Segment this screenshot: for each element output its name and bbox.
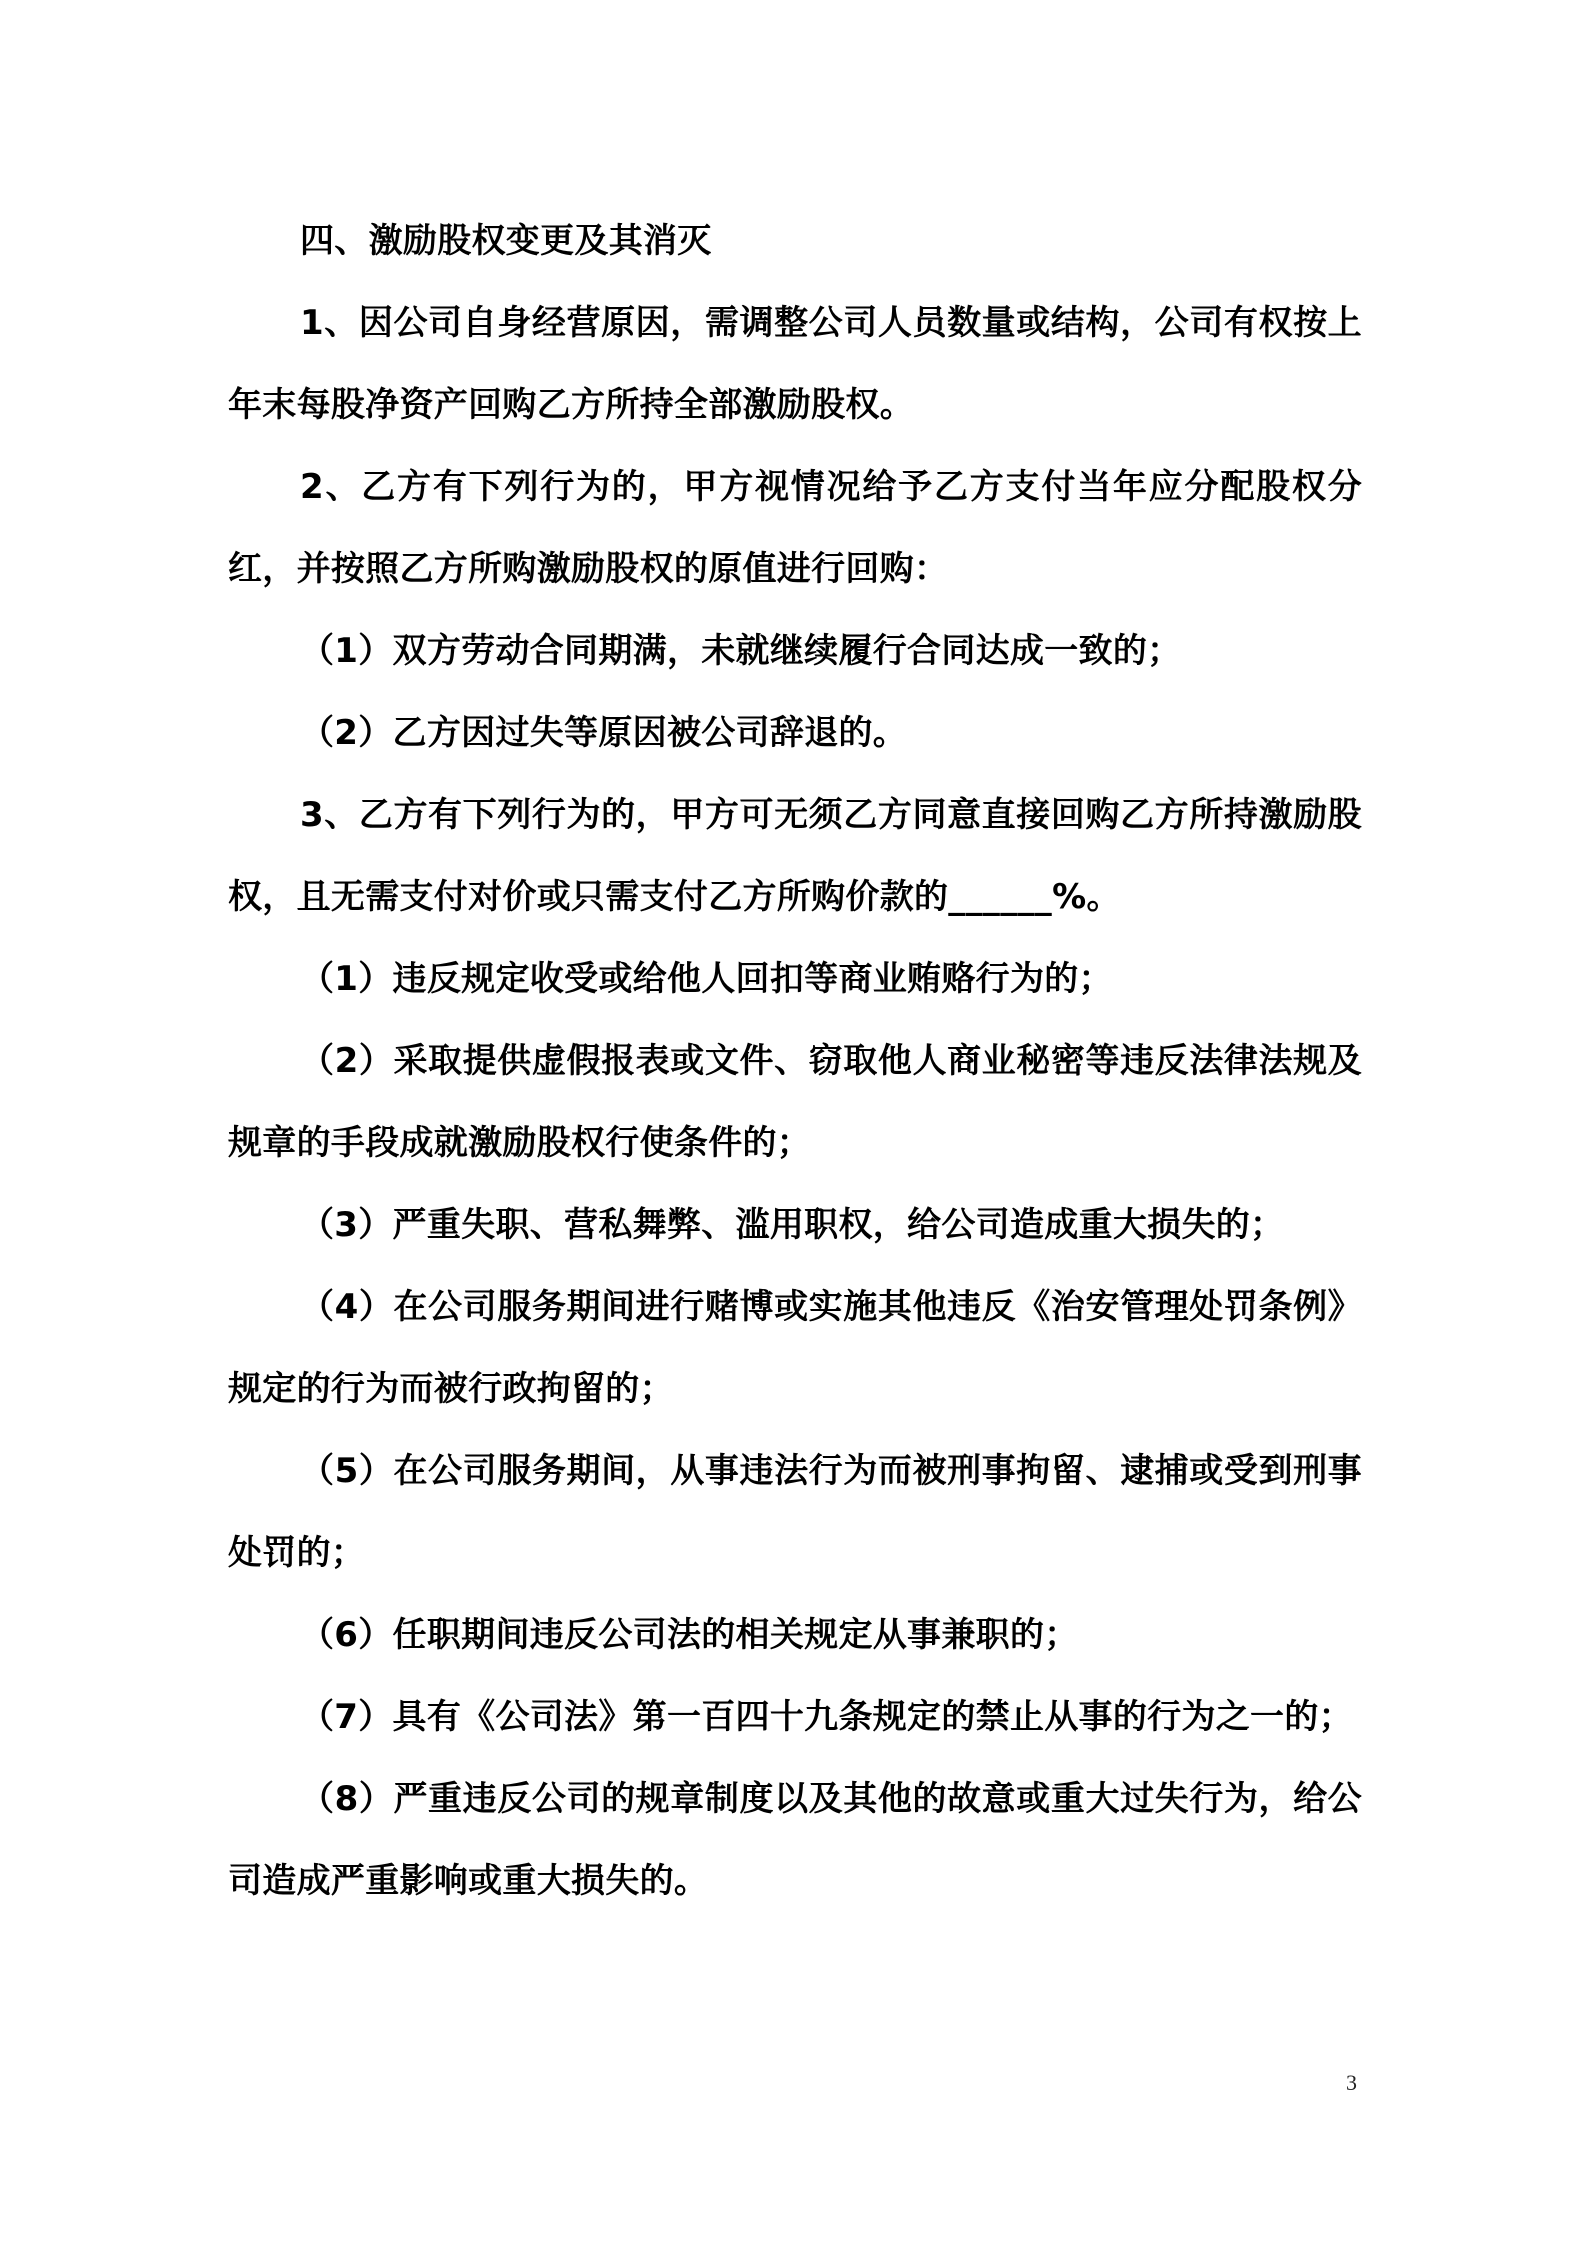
clause-3-item-1: （1）违反规定收受或给他人回扣等商业贿赂行为的； (228, 938, 1362, 1020)
clause-1: 1、因公司自身经营原因，需调整公司人员数量或结构，公司有权按上年末每股净资产回购… (228, 282, 1362, 446)
clause-2-item-2: （2）乙方因过失等原因被公司辞退的。 (228, 692, 1362, 774)
document-page: 四、激励股权变更及其消灭 1、因公司自身经营原因，需调整公司人员数量或结构，公司… (228, 200, 1362, 1922)
section-heading: 四、激励股权变更及其消灭 (228, 200, 1362, 282)
clause-2-item-1: （1）双方劳动合同期满，未就继续履行合同达成一致的； (228, 610, 1362, 692)
clause-3-item-8: （8）严重违反公司的规章制度以及其他的故意或重大过失行为，给公司造成严重影响或重… (228, 1758, 1362, 1922)
clause-3-item-2: （2）采取提供虚假报表或文件、窃取他人商业秘密等违反法律法规及规章的手段成就激励… (228, 1020, 1362, 1184)
clause-3-item-3: （3）严重失职、营私舞弊、滥用职权，给公司造成重大损失的； (228, 1184, 1362, 1266)
page-number: 3 (1346, 2070, 1357, 2096)
clause-3-item-6: （6）任职期间违反公司法的相关规定从事兼职的； (228, 1594, 1362, 1676)
clause-3-item-4: （4）在公司服务期间进行赌博或实施其他违反《治安管理处罚条例》规定的行为而被行政… (228, 1266, 1362, 1430)
clause-3: 3、乙方有下列行为的，甲方可无须乙方同意直接回购乙方所持激励股权，且无需支付对价… (228, 774, 1362, 938)
clause-3-item-5: （5）在公司服务期间，从事违法行为而被刑事拘留、逮捕或受到刑事处罚的； (228, 1430, 1362, 1594)
clause-2: 2、乙方有下列行为的，甲方视情况给予乙方支付当年应分配股权分红，并按照乙方所购激… (228, 446, 1362, 610)
clause-3-item-7: （7）具有《公司法》第一百四十九条规定的禁止从事的行为之一的； (228, 1676, 1362, 1758)
